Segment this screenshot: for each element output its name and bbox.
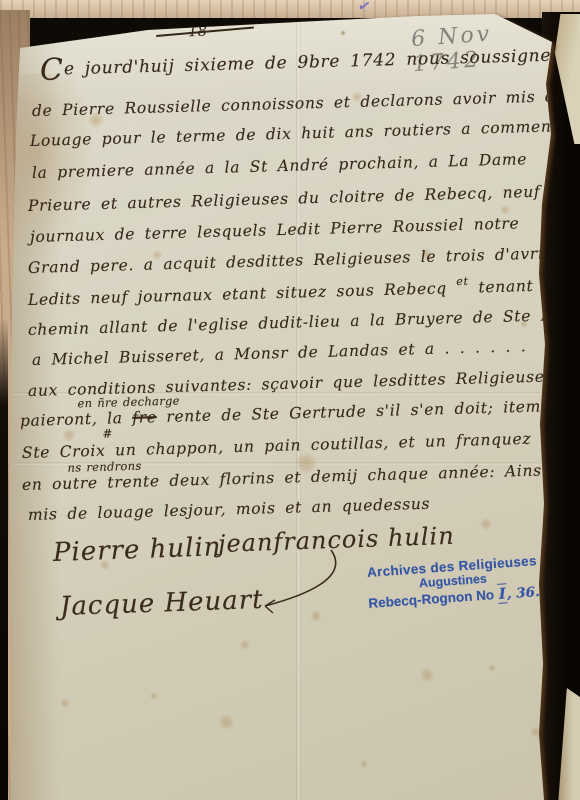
- crossed-out-number: 18: [188, 22, 208, 41]
- foxing-spot: [340, 30, 346, 36]
- paper-wrap: 18 6 Nov 1742 Ce jourd'huij sixieme de 9…: [8, 14, 560, 800]
- struck-word: fre: [132, 408, 157, 427]
- caret-mark: #: [102, 426, 113, 440]
- foxing-spot: [150, 692, 158, 700]
- foxing-spot: [218, 714, 234, 730]
- shadow-gutter-left: [0, 320, 8, 800]
- manuscript-line: Grand pere. a acquit desdittes Religieus…: [28, 243, 580, 277]
- line-text: tenant au: [469, 276, 564, 297]
- foxing-spot: [480, 518, 492, 530]
- interlinear-insertion: et: [456, 275, 469, 288]
- foxing-spot: [60, 698, 70, 708]
- foxing-spot: [500, 205, 510, 215]
- manuscript-line: journaux de terre lesquels Ledit Pierre …: [30, 214, 520, 246]
- foxing-spot: [488, 664, 496, 672]
- foxing-spot: [240, 640, 250, 650]
- stamp-number: , 36.: [506, 584, 540, 602]
- foxing-spot: [420, 668, 434, 682]
- drop-cap: C: [40, 52, 65, 88]
- foxing-spot: [530, 726, 542, 738]
- foxing-spot: [360, 760, 368, 768]
- manuscript-page: 18 6 Nov 1742 Ce jourd'huij sixieme de 9…: [8, 14, 560, 800]
- line-text: paieront, la: [20, 409, 133, 430]
- manuscript-line: la premiere année a la St André prochain…: [32, 150, 528, 182]
- manuscript-line: Louage pour le terme de dix huit ans rou…: [30, 117, 579, 150]
- signature-flourish: [213, 544, 363, 624]
- archive-stamp: Archives des Religieuses Augustines Rebe…: [347, 552, 560, 614]
- line-text: rente de Ste Gertrude s'il s'en doit; it…: [156, 396, 580, 426]
- interlinear-insertion: en ñre decharge: [77, 394, 180, 411]
- manuscript-line: mis de louage lesjour, mois et an quedes…: [28, 495, 431, 524]
- manuscript-line: a Michel Buisseret, a Monsr de Landas et…: [32, 337, 527, 369]
- line-text: Ledits neuf journaux etant situez sous R…: [28, 279, 457, 309]
- line-text: Grand pere. a acquit desdittes Religieus…: [28, 244, 559, 277]
- archival-photo: ✓ 18 6 Nov 1742: [0, 0, 580, 800]
- signature: Pierre hulin: [52, 532, 222, 568]
- manuscript-line: chemin allant de l'eglise dudit-lieu a l…: [28, 305, 580, 339]
- manuscript-line: ns rendronsen outre trente deux florins …: [22, 461, 553, 494]
- interlinear-insertion: ns rendrons: [67, 459, 141, 475]
- foxing-spot: [62, 428, 76, 442]
